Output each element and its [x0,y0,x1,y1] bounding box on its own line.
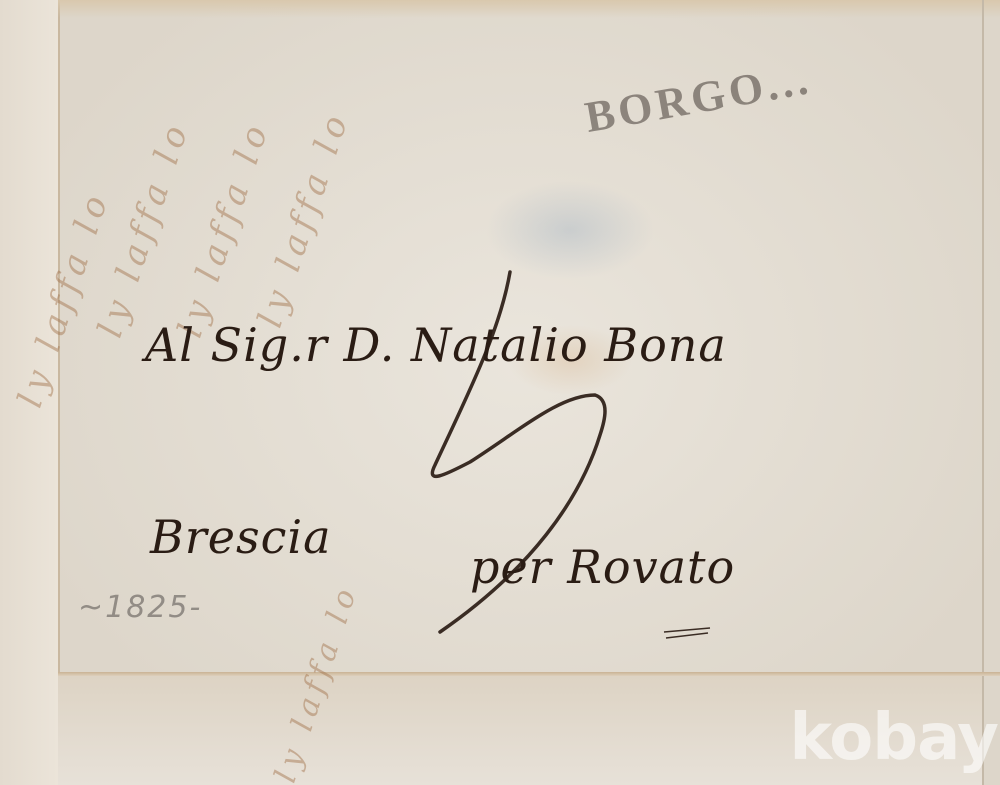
left-fold-strip: ly laffa lo [0,0,60,785]
address-recipient: Al Sig.r D. Natalio Bona [145,318,727,372]
address-city: Brescia [150,510,332,564]
pencil-date-annotation: ~1825- [78,590,202,625]
bleed-through-writing: ly laffa lo [268,579,365,785]
underline-flourish [662,626,712,640]
address-destination: per Rovato [470,540,735,594]
letter-photo: ly laffa lo ly laffa lo ly laffa lo ly l… [0,0,1000,785]
top-fold-edge [58,0,1000,18]
postmark-stamp: BORGO... [581,53,815,143]
watermark-logo: kobay [789,701,998,775]
right-fold-edge [982,0,984,785]
